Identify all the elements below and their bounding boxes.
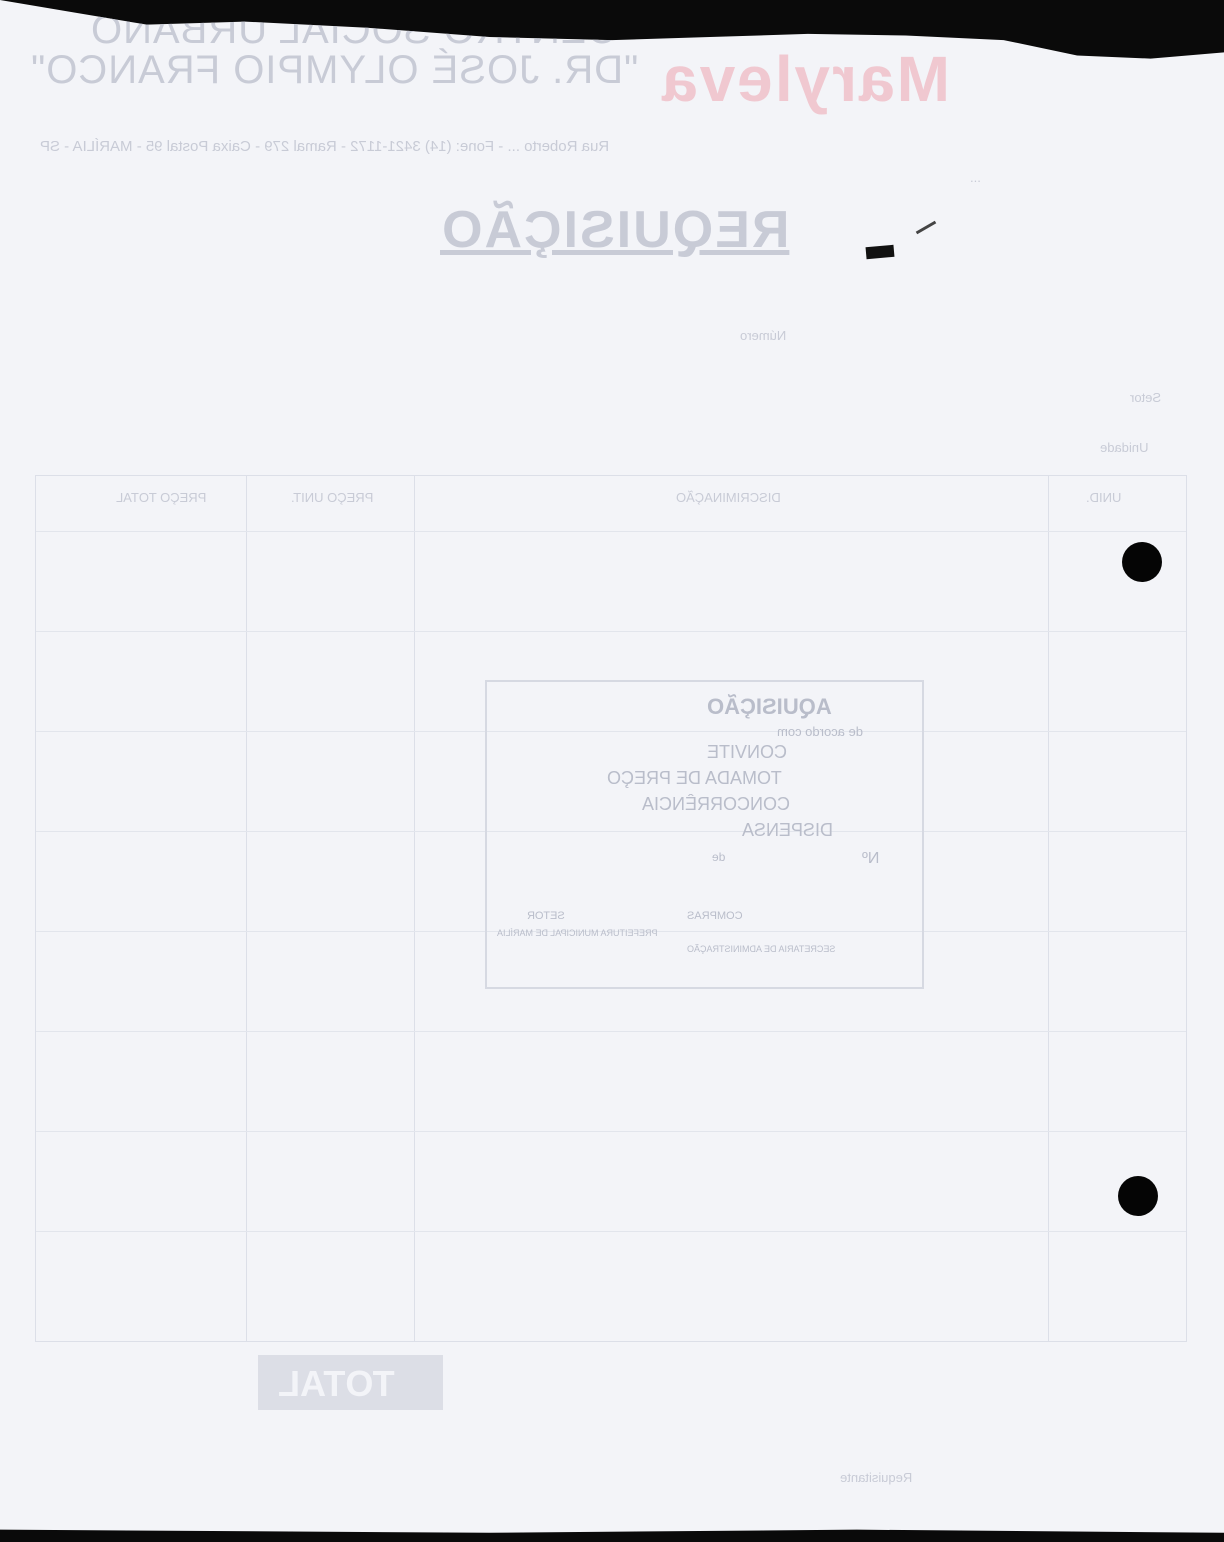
field-label-1: Setor: [1130, 390, 1161, 405]
stamp-footer-4: SECRETARIA DE ADMINISTRAÇÃO: [687, 944, 835, 954]
stamp-option-dispensa: DISPENSA: [742, 820, 833, 841]
stamp-subtitle: de acordo com: [777, 724, 863, 739]
stamp-title: AQUISIÇÃO: [707, 694, 832, 720]
brand-logo: Maryleva: [660, 42, 950, 116]
signature-label: Requisitante: [840, 1470, 912, 1485]
punch-hole-bottom: [1118, 1176, 1158, 1216]
stamp-date-label: de: [712, 850, 725, 864]
header-address: Rua Roberto ... - Fone: (14) 3421-1172 -…: [40, 138, 609, 155]
stamp-footer-2: COMPRAS: [687, 910, 743, 922]
document-title: REQUISIÇÃO: [440, 200, 789, 260]
header-discriminacao: DISCRIMINAÇÃO: [676, 490, 781, 505]
header-preco-unit: PREÇO UNIT.: [291, 490, 373, 505]
ink-speck: [866, 245, 895, 259]
header-address-2: ...: [970, 170, 981, 185]
stamp-option-concorrencia: CONCORRÊNCIA: [642, 794, 790, 815]
stamp-footer-1: SETOR: [527, 910, 565, 922]
number-label: Número: [740, 328, 786, 343]
punch-hole-top: [1122, 542, 1162, 582]
stamp-option-convite: CONVITE: [707, 742, 787, 763]
total-box: TOTAL: [258, 1355, 443, 1410]
header-preco-total: PREÇO TOTAL: [116, 490, 206, 505]
header-unid: UNID.: [1086, 490, 1121, 505]
total-label: TOTAL: [278, 1363, 395, 1405]
stamp-number-label: Nº: [862, 850, 879, 868]
header-line-1: CENTRO SOCIAL URBANO: [90, 8, 617, 53]
field-label-2: Unidade: [1100, 440, 1148, 455]
stamp-option-tomada: TOMADA DE PREÇO: [607, 768, 782, 789]
ink-speck: [916, 221, 937, 235]
stamp-footer-3: PREFEITURA MUNICIPAL DE MARÍLIA: [497, 928, 658, 938]
scanned-page: CENTRO SOCIAL URBANO "DR. JOSÉ OLYMPIO F…: [0, 0, 1224, 1542]
header-line-2: "DR. JOSÉ OLYMPIO FRANCO": [30, 48, 638, 93]
acquisition-stamp: AQUISIÇÃO de acordo com CONVITE TOMADA D…: [485, 680, 924, 989]
